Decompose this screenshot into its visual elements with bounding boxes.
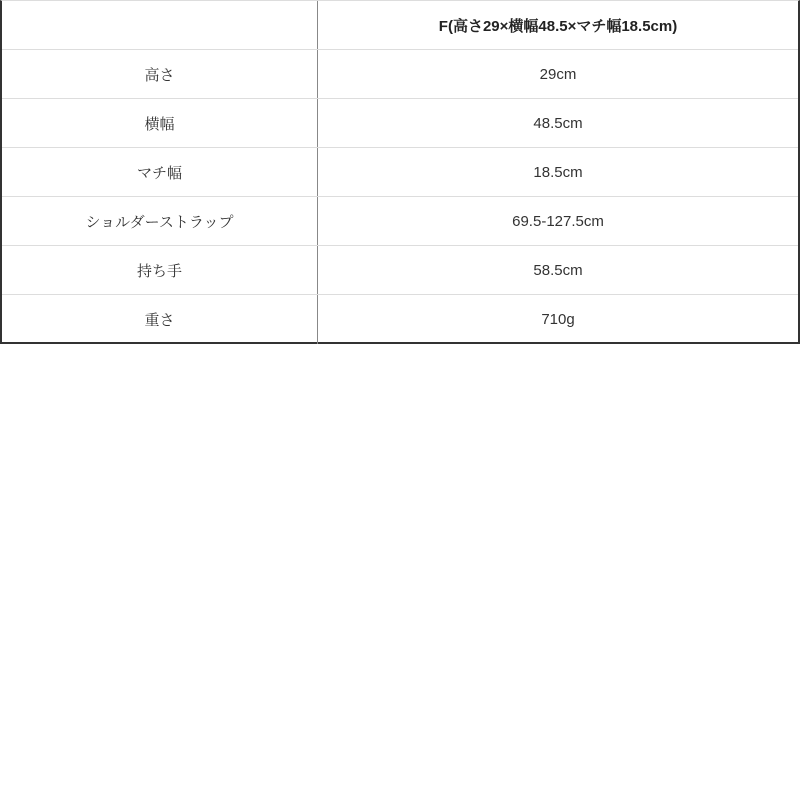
row-label: マチ幅 (2, 148, 318, 196)
row-value: 29cm (318, 50, 798, 98)
size-table: F(高さ29×横幅48.5×マチ幅18.5cm) 高さ 29cm 横幅 48.5… (0, 0, 800, 344)
row-label: ショルダーストラップ (2, 197, 318, 245)
table-row: ショルダーストラップ 69.5-127.5cm (2, 197, 798, 246)
header-size-cell: F(高さ29×横幅48.5×マチ幅18.5cm) (318, 1, 798, 49)
row-value: 58.5cm (318, 246, 798, 294)
row-value: 710g (318, 295, 798, 344)
row-label: 重さ (2, 295, 318, 344)
table-row: 持ち手 58.5cm (2, 246, 798, 295)
header-label-cell (2, 1, 318, 49)
table-row: マチ幅 18.5cm (2, 148, 798, 197)
row-label: 高さ (2, 50, 318, 98)
table-row: 高さ 29cm (2, 50, 798, 99)
row-value: 48.5cm (318, 99, 798, 147)
row-label: 横幅 (2, 99, 318, 147)
row-value: 69.5-127.5cm (318, 197, 798, 245)
table-row: 重さ 710g (2, 295, 798, 344)
row-label: 持ち手 (2, 246, 318, 294)
row-value: 18.5cm (318, 148, 798, 196)
table-header-row: F(高さ29×横幅48.5×マチ幅18.5cm) (2, 1, 798, 50)
table-row: 横幅 48.5cm (2, 99, 798, 148)
